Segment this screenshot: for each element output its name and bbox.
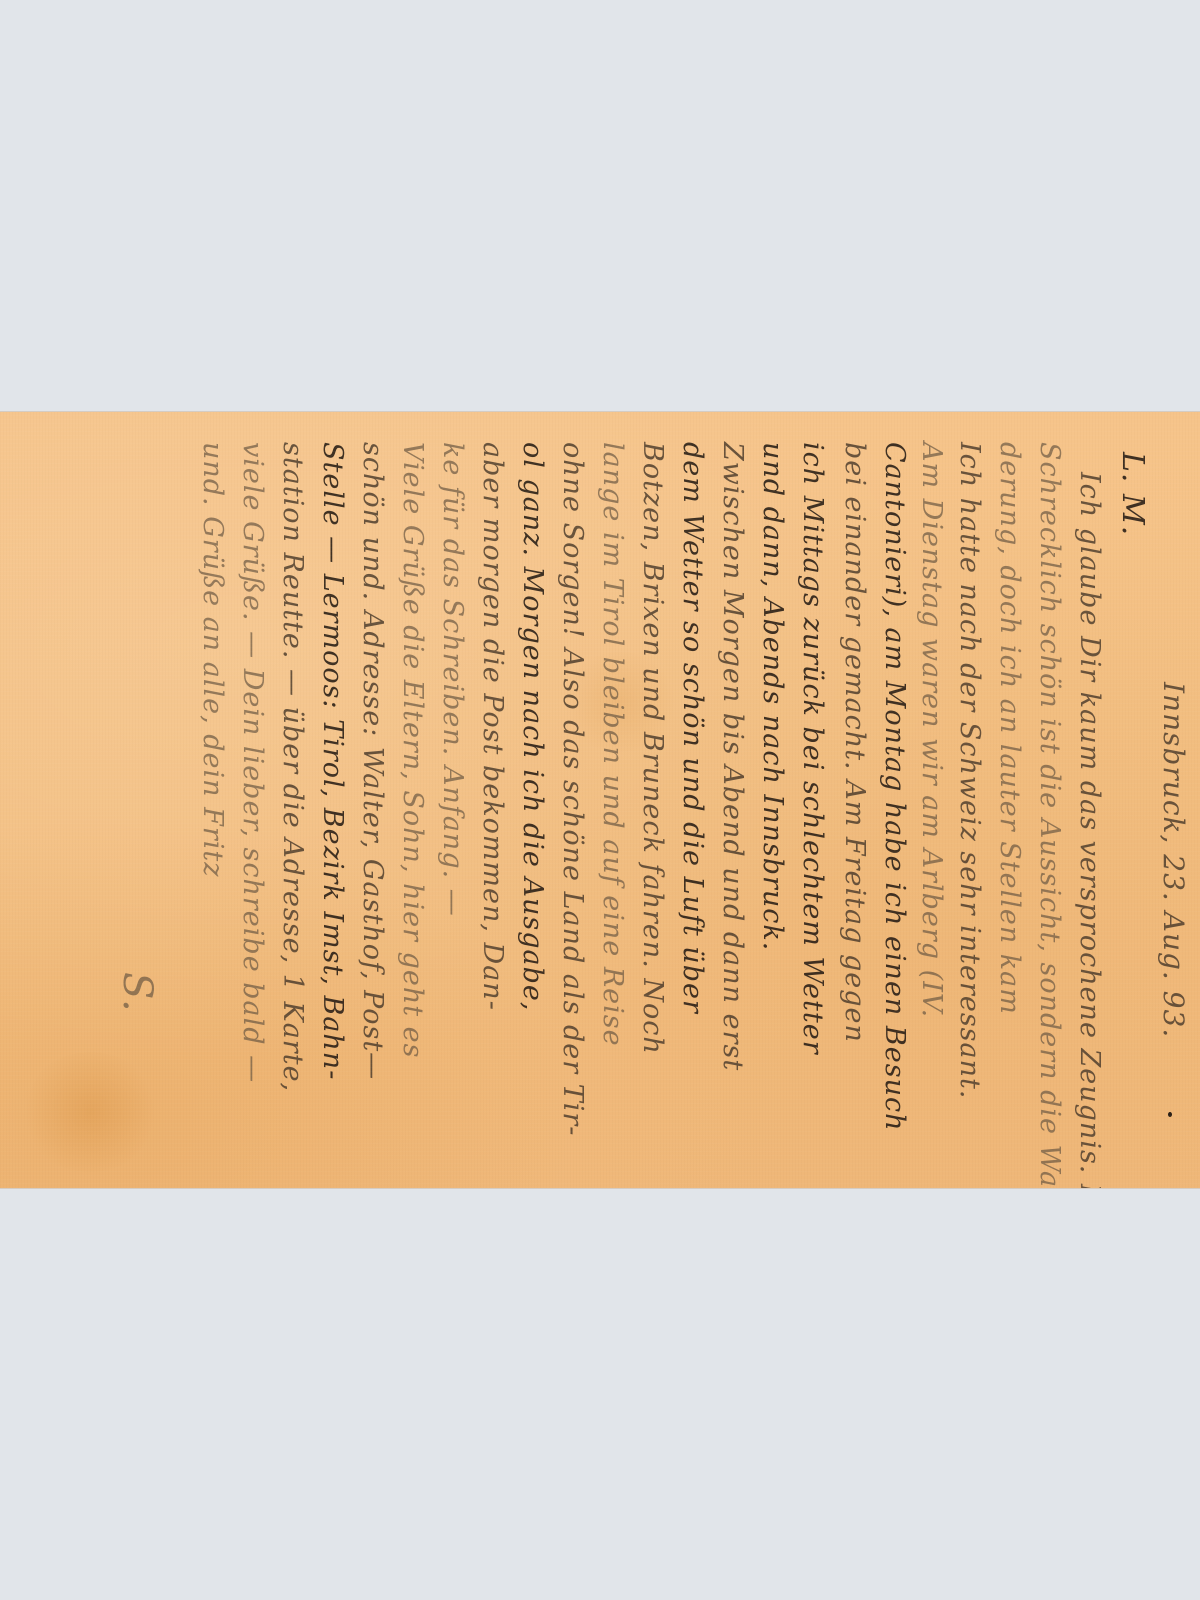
text-line: derung, doch ich an lauter Stellen kam <box>994 442 1025 1015</box>
text-line: ol ganz. Morgen nach ich die Ausgabe, <box>517 442 548 1011</box>
text-line: Ich hatte nach der Schweiz sehr interess… <box>954 442 985 1099</box>
text-line: Schrecklich schön ist die Aussicht, sond… <box>1034 442 1065 1188</box>
text-line: ohne Sorgen! Also das schöne Land als de… <box>557 442 588 1136</box>
text-line: Viele Grüße die Eltern, Sohn, hier geht … <box>397 442 428 1059</box>
text-line: Botzen, Brixen und Bruneck fahren. Noch <box>637 442 668 1055</box>
text-line: ke für das Schreiben. Anfang. — <box>437 442 468 917</box>
text-line: schön und. Adresse: Walter, Gasthof, Pos… <box>357 442 388 1080</box>
text-line: Am Dienstag waren wir am Arlberg (IV. <box>916 442 947 1018</box>
text-line: viele Grüße. — Dein lieber, schreibe bal… <box>237 442 268 1083</box>
text-line: Stelle — Lermoos: Tirol, Bezirk Imst, Ba… <box>317 442 348 1080</box>
handwritten-text-block: Innsbruck, 23. Aug. 93. L. M. Ich glaube… <box>0 412 1200 1188</box>
text-line: bei einander gemacht. Am Freitag gegen <box>839 442 870 1043</box>
text-line: station Reutte. — über die Adresse, 1 Ka… <box>277 442 308 1092</box>
signature: S. <box>114 972 160 1013</box>
image-viewer: Innsbruck, 23. Aug. 93. L. M. Ich glaube… <box>0 0 1200 1600</box>
text-line: und dann, Abends nach Innsbruck. <box>757 442 788 951</box>
text-line: Zwischen Morgen bis Abend und dann erst <box>717 442 748 1071</box>
text-line: dem Wetter so schön und die Luft über <box>677 442 708 1014</box>
text-line: Cantonieri), am Montag habe ich einen Be… <box>879 442 910 1131</box>
text-line: aber morgen die Post bekommen, Dan- <box>477 442 508 1011</box>
postcard-scan: Innsbruck, 23. Aug. 93. L. M. Ich glaube… <box>0 412 1200 1188</box>
salutation: L. M. <box>1115 452 1150 536</box>
text-line: und. Grüße an alle, dein Fritz <box>197 442 228 878</box>
ink-dot <box>1168 1112 1172 1117</box>
text-line: Ich glaube Dir kaum das versprochene Zeu… <box>1074 472 1105 1188</box>
text-line: ich Mittags zurück bei schlechtem Wetter <box>797 442 828 1055</box>
text-line: lange im Tirol bleiben und auf eine Reis… <box>597 442 628 1047</box>
place-date-line: Innsbruck, 23. Aug. 93. <box>1157 682 1190 1038</box>
